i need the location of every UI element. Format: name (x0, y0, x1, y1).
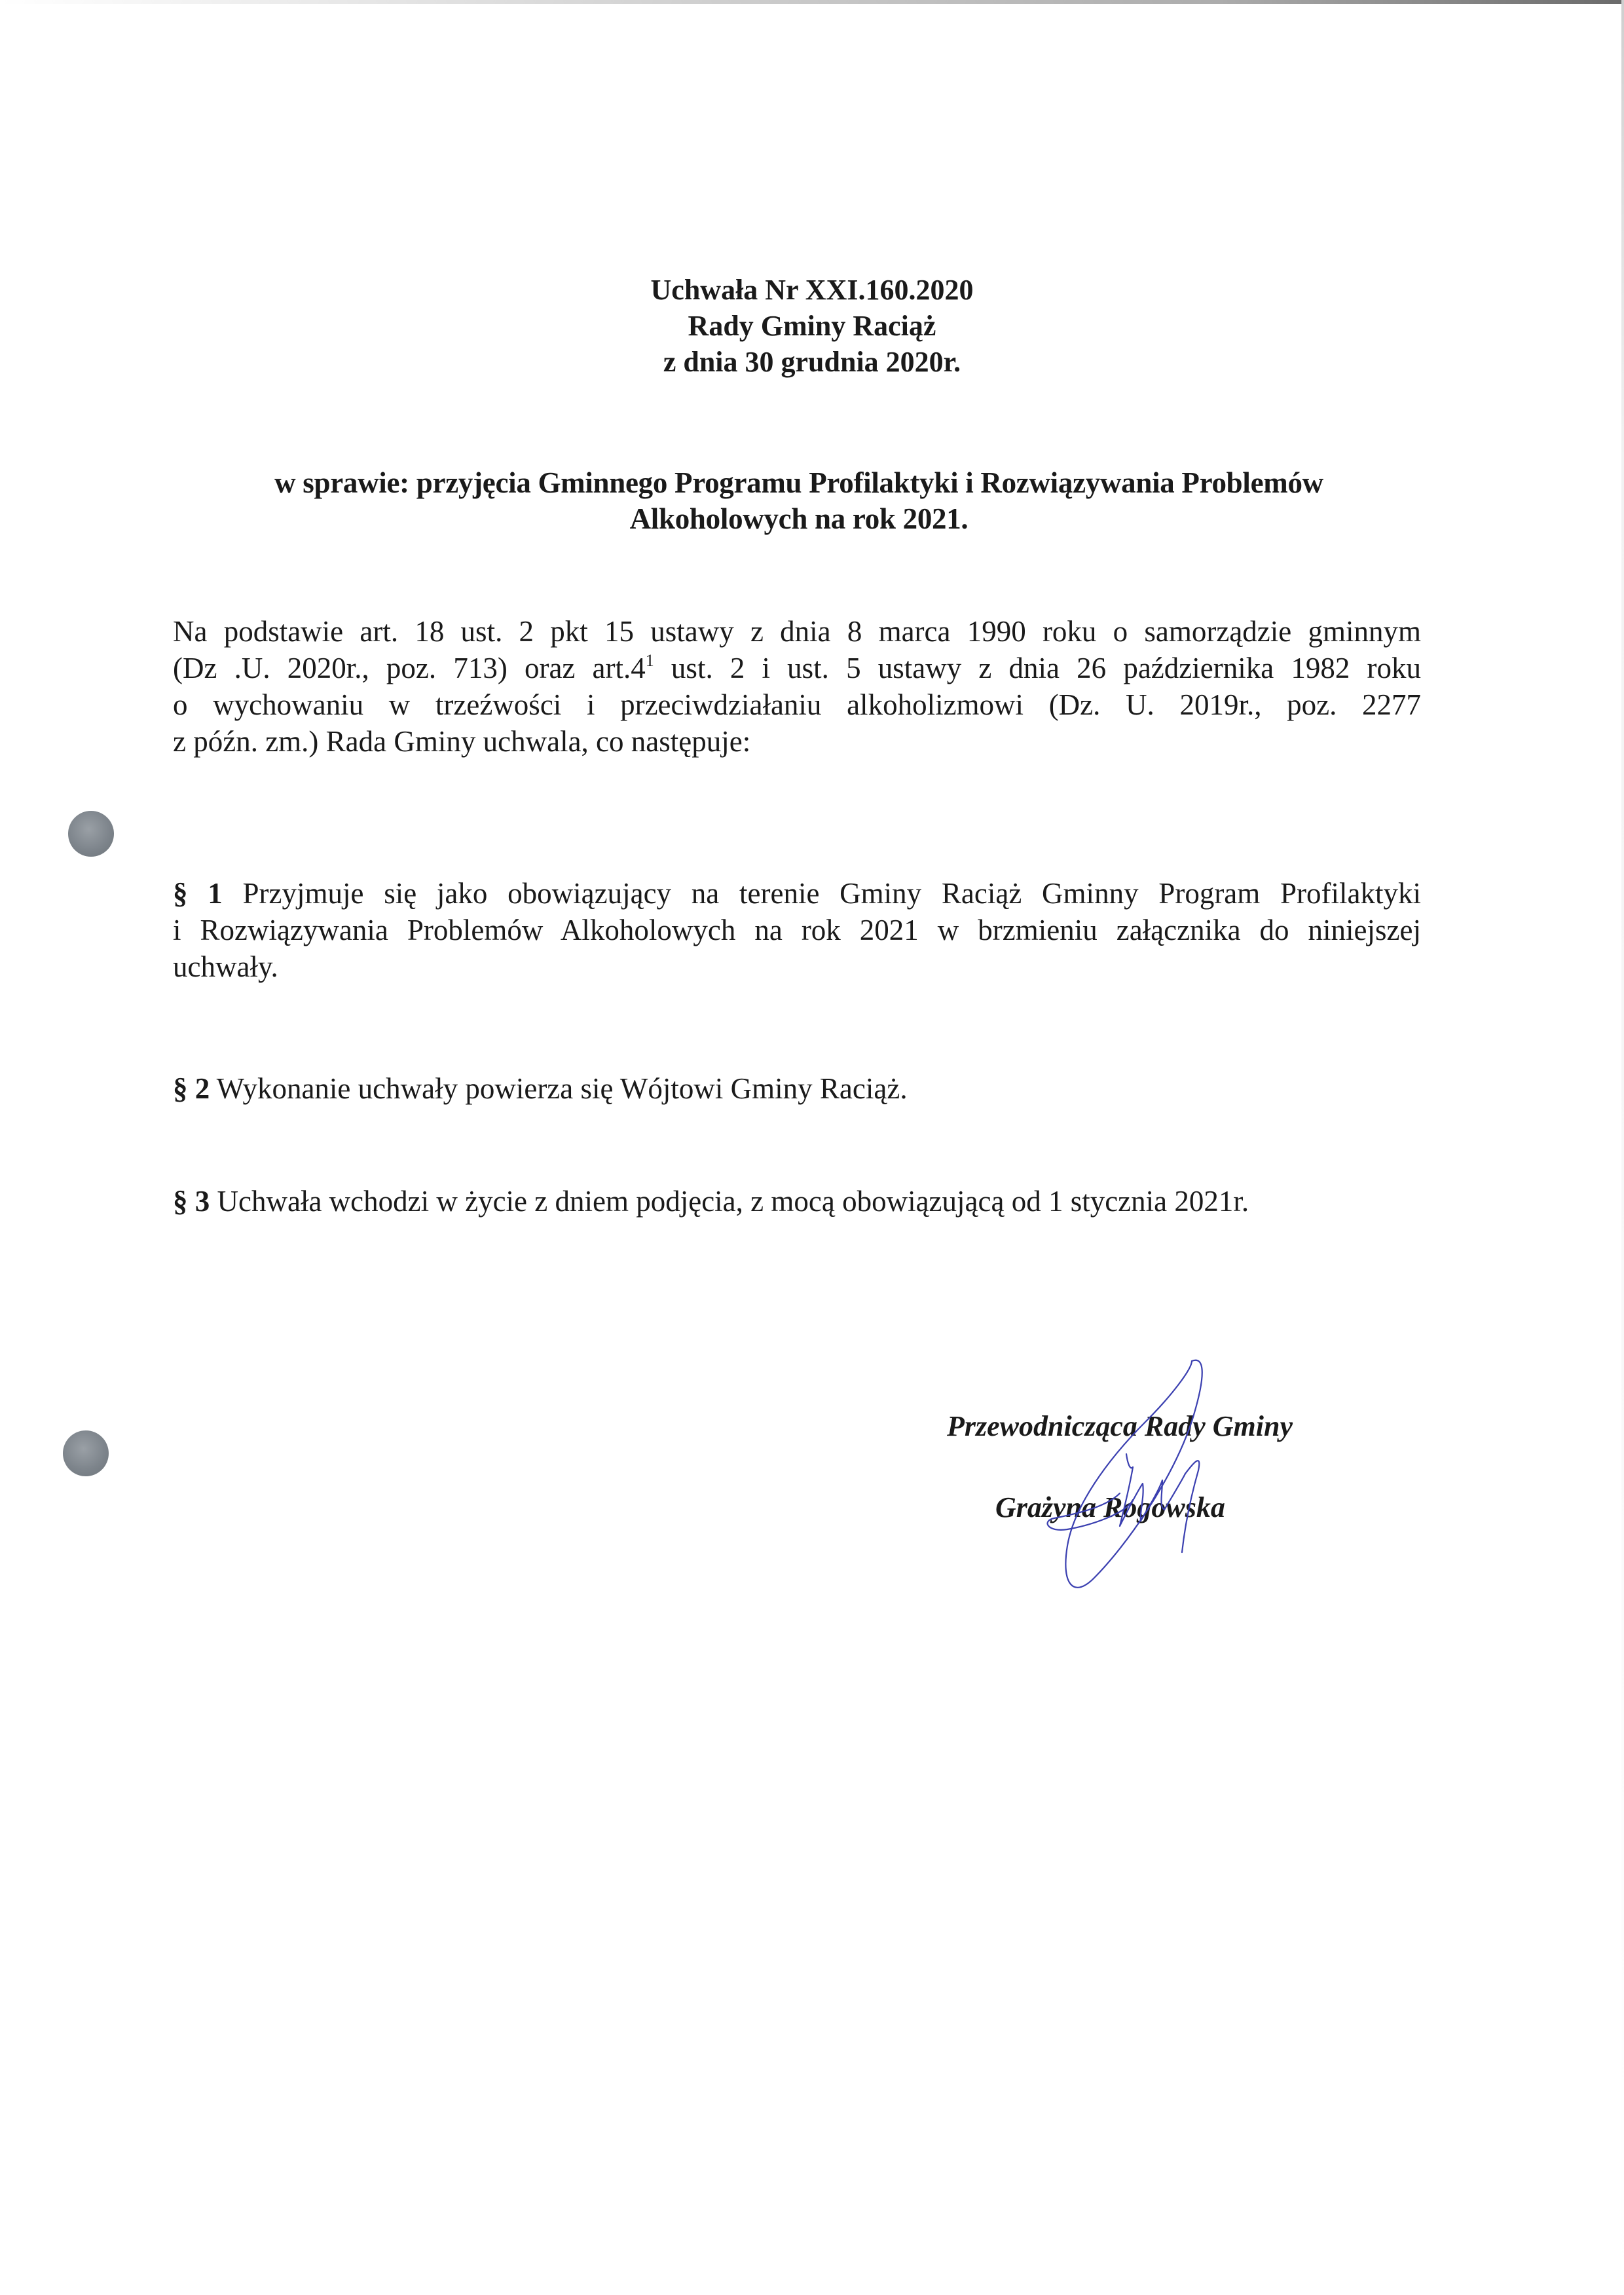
legal-basis-preamble: Na podstawie art. 18 ust. 2 pkt 15 ustaw… (173, 613, 1421, 760)
resolution-date: z dnia 30 grudnia 2020r. (0, 344, 1624, 380)
scan-top-edge-shadow (0, 0, 1624, 4)
subject-line: Alkoholowych na rok 2021. (0, 501, 1598, 537)
paragraph-2: § 2 Wykonanie uchwały powierza się Wójto… (173, 1070, 1421, 1107)
signatory-title: Przewodnicząca Rady Gminy (947, 1408, 1293, 1445)
resolution-number: Uchwała Nr XXI.160.2020 (0, 272, 1624, 308)
punch-hole (68, 811, 114, 857)
preamble-text: ust. 2 i ust. 5 ustawy z dnia 26 paździe… (654, 652, 1421, 684)
subject-line: w sprawie: przyjęcia Gminnego Programu P… (0, 465, 1598, 501)
preamble-line: Na podstawie art. 18 ust. 2 pkt 15 ustaw… (173, 613, 1421, 650)
issuing-body: Rady Gminy Raciąż (0, 308, 1624, 344)
preamble-line: (Dz .U. 2020r., poz. 713) oraz art.41 us… (173, 650, 1421, 686)
paragraph-text: Przyjmuje się jako obowiązujący na teren… (223, 877, 1421, 910)
paragraph-number: § 3 (173, 1185, 210, 1218)
resolution-subject: w sprawie: przyjęcia Gminnego Programu P… (0, 465, 1598, 537)
preamble-line: o wychowaniu w trzeźwości i przeciwdział… (173, 686, 1421, 723)
paragraph-line: i Rozwiązywania Problemów Alkoholowych n… (173, 912, 1421, 948)
preamble-text: (Dz .U. 2020r., poz. 713) oraz art.4 (173, 652, 646, 684)
paragraph-3: § 3 Uchwała wchodzi w życie z dniem podj… (173, 1183, 1421, 1220)
paragraph-number: § 1 (173, 877, 223, 910)
superscript: 1 (646, 651, 654, 670)
punch-hole (63, 1430, 109, 1476)
paragraph-text: Wykonanie uchwały powierza się Wójtowi G… (210, 1072, 907, 1105)
preamble-line: z późn. zm.) Rada Gminy uchwala, co nast… (173, 723, 1421, 760)
paragraph-line: § 1 Przyjmuje się jako obowiązujący na t… (173, 875, 1421, 912)
paragraph-text: Uchwała wchodzi w życie z dniem podjęcia… (210, 1185, 1249, 1218)
handwritten-signature-icon (995, 1349, 1270, 1598)
paragraph-line: uchwały. (173, 948, 1421, 985)
signatory-name: Grażyna Rogowska (995, 1489, 1225, 1526)
paragraph-1: § 1 Przyjmuje się jako obowiązujący na t… (173, 875, 1421, 985)
paragraph-number: § 2 (173, 1072, 210, 1105)
resolution-header: Uchwała Nr XXI.160.2020 Rady Gminy Racią… (0, 272, 1624, 380)
